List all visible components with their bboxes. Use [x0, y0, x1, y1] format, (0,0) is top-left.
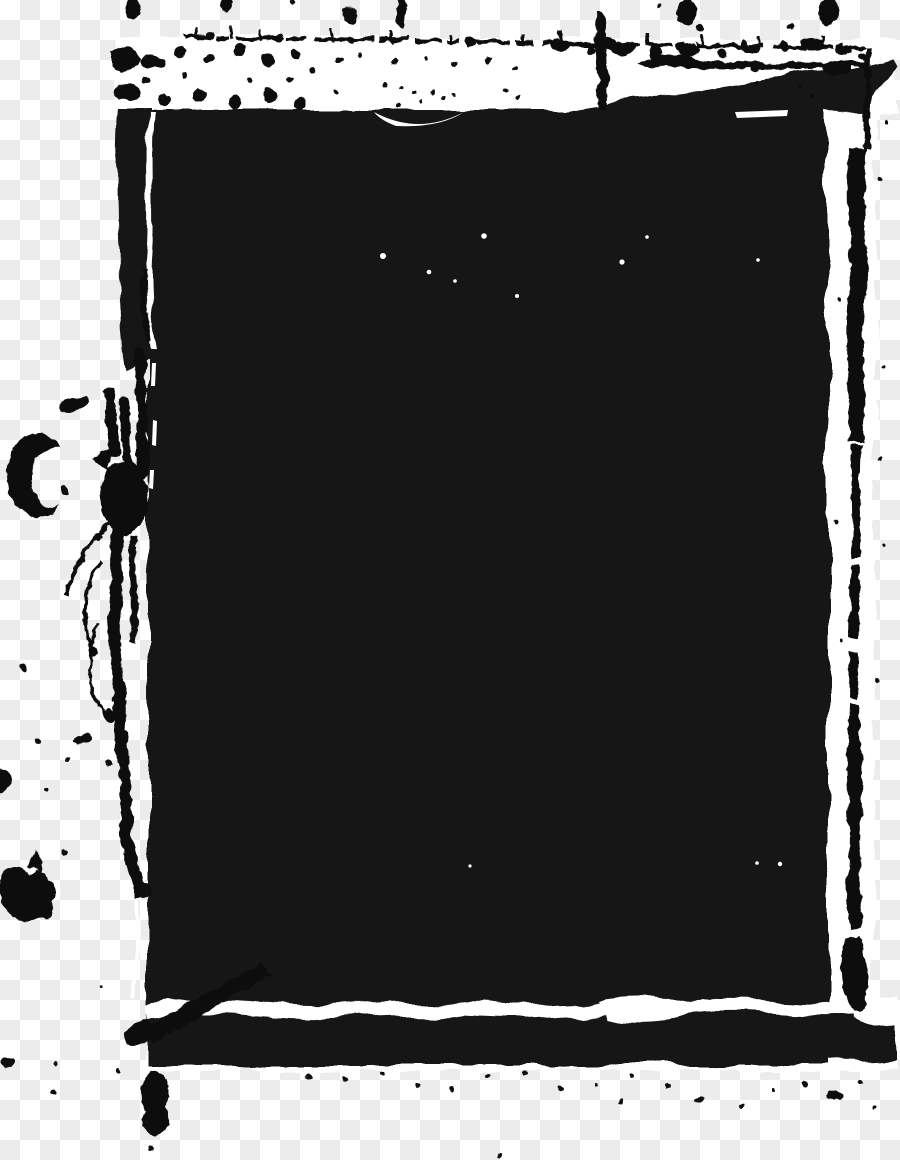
bottom-left-splat: [0, 866, 55, 921]
transparency-checkerboard: [0, 0, 900, 1160]
grunge-frame-graphic: [0, 0, 900, 1160]
left-companion-bar: [116, 108, 148, 372]
bottom-spatter-band: [141, 1070, 877, 1159]
frame-main-body: [116, 59, 898, 1066]
frame-main-rect: [148, 110, 828, 1066]
crescent-splat: [8, 433, 60, 516]
bottom-white-channel: [148, 1006, 872, 1012]
